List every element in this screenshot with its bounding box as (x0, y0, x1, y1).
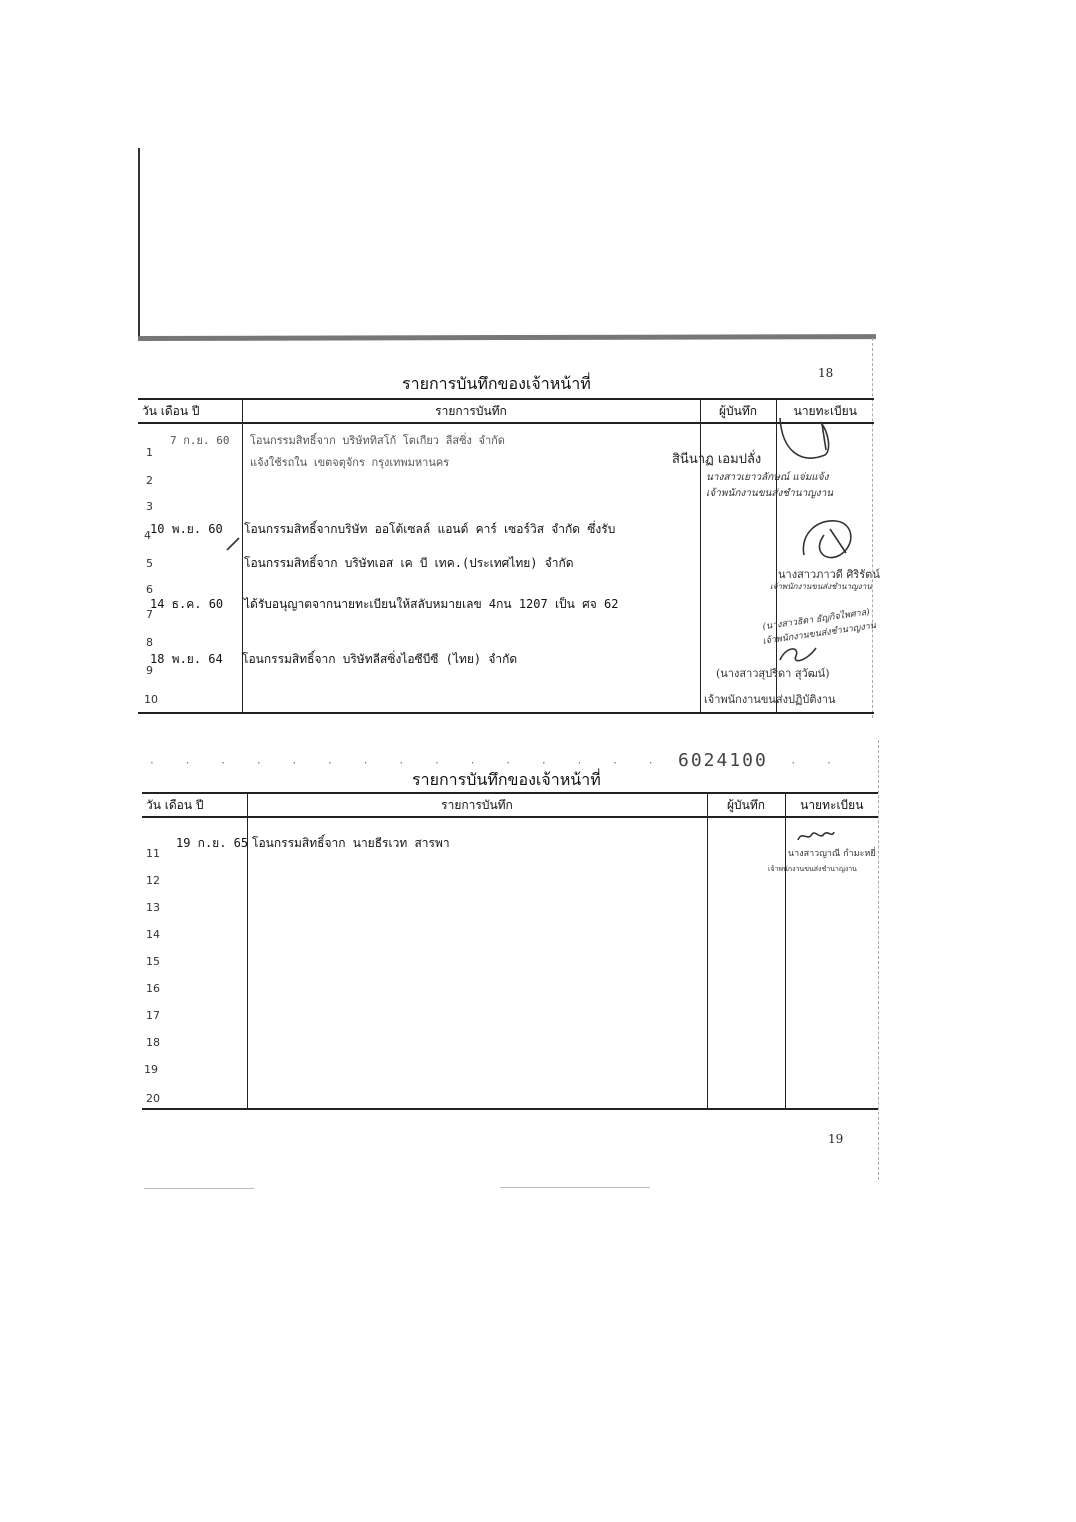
row-number: 18 (146, 1037, 160, 1048)
row-number: 17 (146, 1010, 160, 1021)
registrar-title: เจ้าพนักงานขนส่งชำนาญงาน (770, 580, 872, 593)
registrar-column (785, 817, 878, 1109)
entry-line: แจ้งใช้รถใน เขตจตุจักร กรุงเทพมหานคร (250, 453, 449, 471)
row-number: 3 (146, 501, 153, 512)
col-header-date: วัน เดือน ปี (138, 399, 242, 423)
page-number-top: 18 (818, 366, 833, 380)
section-title-bottom: รายการบันทึกของเจ้าหน้าที่ (412, 768, 601, 793)
col-header-entry: รายการบันทึก (247, 793, 707, 817)
entry-date: 10 พ.ย. 60 (150, 520, 223, 539)
signature-scribble (796, 828, 836, 844)
scan-artifact (500, 1187, 650, 1188)
row-number: 5 (146, 558, 153, 569)
registrar-title: เจ้าพนักงานขนส่งชำนาญงาน (706, 486, 833, 501)
recorder-column (707, 817, 785, 1109)
col-header-recorder: ผู้บันทึก (700, 399, 776, 423)
col-header-registrar: นายทะเบียน (785, 793, 878, 817)
entry-line: โอนกรรมสิทธิ์จาก นายธีรเวท สารพา (252, 834, 450, 853)
scan-edge-right (878, 740, 880, 1180)
row-number: 19 (144, 1064, 158, 1075)
entry-date: 14 ธ.ค. 60 (150, 595, 223, 614)
col-header-recorder: ผู้บันทึก (707, 793, 785, 817)
date-column (138, 423, 242, 713)
registrar-name: นางสาวญาณี กำมะหยี่ (788, 846, 876, 860)
row-number: 12 (146, 875, 160, 886)
row-number: 14 (146, 929, 160, 940)
row-number: 13 (146, 902, 160, 913)
scan-artifact (144, 1188, 254, 1189)
serial-number: 6024100 (678, 750, 768, 771)
page-border-bottom (138, 334, 876, 341)
entry-column (247, 817, 707, 1109)
row-number: 11 (146, 848, 160, 859)
page-number-bottom: 19 (828, 1132, 843, 1146)
row-number: 8 (146, 637, 153, 648)
row-number: 20 (146, 1093, 160, 1104)
row-number: 15 (146, 956, 160, 967)
recorder-signature: สินีนาฏ เอมปลั่ง (672, 448, 761, 469)
row-number: 10 (144, 694, 158, 705)
entry-line: โอนกรรมสิทธิ์จากบริษัท ออโต้เซลล์ แอนด์ … (244, 520, 615, 539)
entry-line: ได้รับอนุญาตจากนายทะเบียนให้สลับหมายเลข … (244, 595, 618, 614)
section-title-top: รายการบันทึกของเจ้าหน้าที่ (402, 372, 591, 397)
signature-scribble (770, 410, 840, 470)
entry-date: 18 พ.ย. 64 (150, 650, 223, 669)
registrar-title: เจ้าพนักงานขนส่งชำนาญงาน (768, 864, 857, 875)
col-header-date: วัน เดือน ปี (142, 793, 247, 817)
col-header-entry: รายการบันทึก (242, 399, 700, 423)
row-number: 16 (146, 983, 160, 994)
row-number: 1 (146, 447, 153, 458)
row-number: 6 (146, 584, 153, 595)
entry-line: โอนกรรมสิทธิ์จาก บริษัทเอส เค บี เทค.(ปร… (244, 554, 574, 573)
row-number: 2 (146, 475, 153, 486)
signature-scribble (776, 642, 820, 666)
registrar-name: (นางสาวสุปรีดา สุวัฒน์) (716, 664, 830, 682)
signature-scribble (796, 515, 860, 565)
entry-line: โอนกรรมสิทธิ์จาก บริษัทลีสซิ่งไอซีบีซี (… (242, 650, 517, 669)
registrar-name: นางสาวเยาวลักษณ์ แจ่มแจ้ง (706, 470, 829, 485)
entry-date: 19 ก.ย. 65 (176, 834, 248, 853)
registrar-title: เจ้าพนักงานขนส่งปฏิบัติงาน (704, 690, 836, 708)
entry-line: โอนกรรมสิทธิ์จาก บริษัททิสโก้ โตเกียว ลี… (250, 431, 505, 449)
tick-mark (225, 536, 241, 552)
page-border-left (138, 148, 140, 340)
entry-date: 7 ก.ย. 60 (170, 431, 229, 449)
